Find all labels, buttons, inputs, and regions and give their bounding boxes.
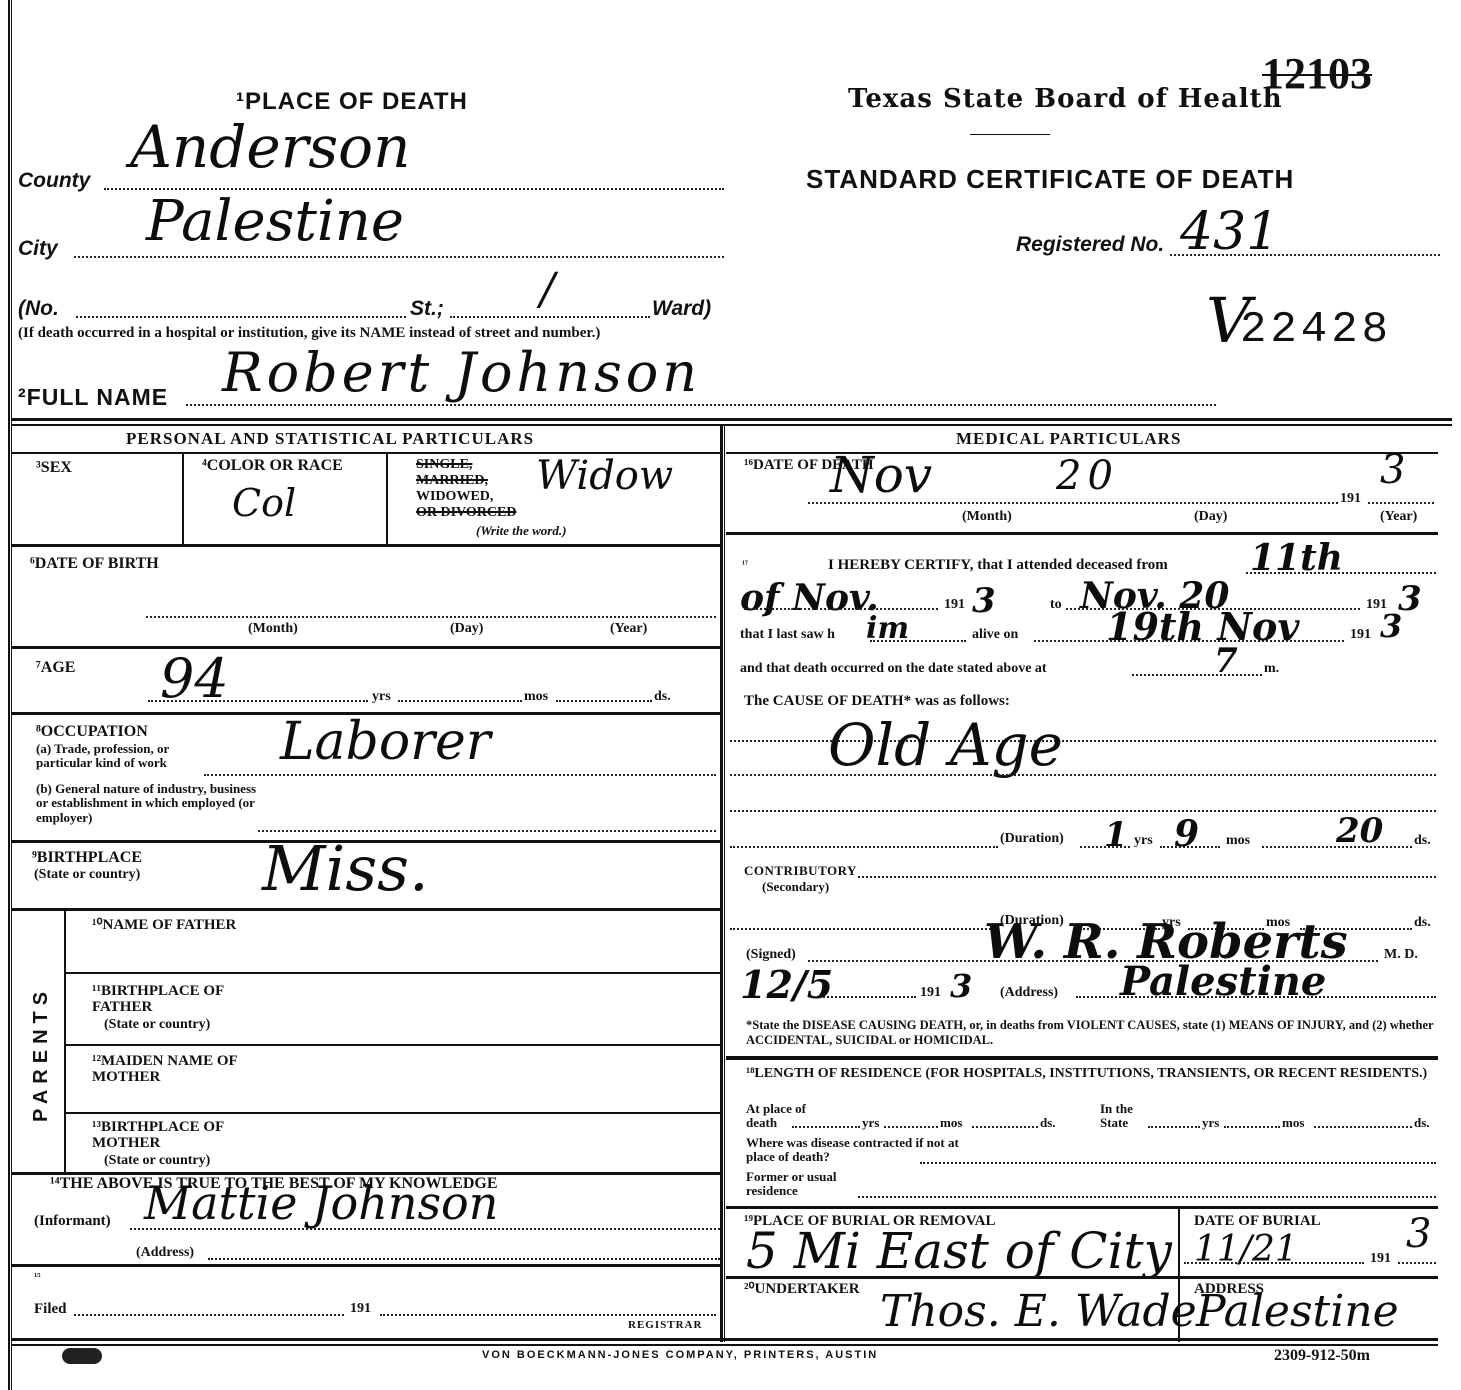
marital-note: (Write the word.) xyxy=(476,524,566,537)
age-label: ⁷AGE xyxy=(36,660,75,676)
alive-on-value: 19th Nov xyxy=(1106,608,1299,646)
residence-title: ¹⁸LENGTH OF RESIDENCE (FOR HOSPITALS, IN… xyxy=(746,1066,1438,1082)
duration-mos-value: 9 xyxy=(1174,816,1199,852)
street-label: St.; xyxy=(410,298,444,319)
residence-state-yrs-line xyxy=(1148,1126,1200,1128)
alive-on-year-prefix: 191 xyxy=(1350,628,1371,642)
dob-label: ⁶DATE OF BIRTH xyxy=(30,556,159,572)
parents-row-3-rule xyxy=(66,1112,720,1114)
undertaker-label: ²⁰UNDERTAKER xyxy=(744,1282,860,1297)
burial-date-year: 3 xyxy=(1406,1214,1431,1254)
contributory-label: CONTRIBUTORY xyxy=(744,864,857,877)
race-marital-divider xyxy=(386,452,388,544)
dod-month: Nov xyxy=(830,450,932,500)
parents-vertical-label: PARENTS xyxy=(30,986,53,1122)
age-ds-label: ds. xyxy=(654,690,671,704)
last-saw-line xyxy=(870,640,966,642)
center-divider-2 xyxy=(724,424,725,1342)
occupation-a-label: (a) Trade, profession, or particular kin… xyxy=(36,742,216,771)
attended-from-year: 3 xyxy=(972,584,996,618)
signed-year: 3 xyxy=(950,970,972,1002)
medical-row-1-rule xyxy=(726,532,1438,535)
full-name-value: Robert Johnson xyxy=(222,346,701,400)
birthplace-sub: (State or country) xyxy=(34,868,140,882)
contrib-duration-lead-line xyxy=(730,928,998,930)
duration-lead-line xyxy=(730,846,998,848)
residence-state-mos-line xyxy=(1224,1126,1280,1128)
personal-row-1-rule xyxy=(12,544,720,547)
city-value: Palestine xyxy=(146,194,404,250)
occupation-b-label: (b) General nature of industry, business… xyxy=(36,782,266,825)
residence-bottom-rule xyxy=(726,1206,1438,1209)
sex-race-divider xyxy=(182,452,184,544)
ward-value: / xyxy=(540,268,555,312)
filed-section-number: ¹⁵ xyxy=(34,1272,41,1283)
undertaker-value: Thos. E. Wade xyxy=(880,1290,1197,1334)
dod-line xyxy=(808,502,1338,504)
street-number-label: (No. xyxy=(18,298,59,319)
age-value: 94 xyxy=(160,652,229,706)
cause-label: The CAUSE OF DEATH* was as follows: xyxy=(744,694,1010,709)
hospital-note: (If death occurred in a hospital or inst… xyxy=(18,326,600,341)
registered-label: Registered No. xyxy=(1016,234,1164,255)
burial-date-value: 11/21 xyxy=(1194,1232,1298,1268)
father-birthplace-label: ¹¹BIRTHPLACE OF FATHER xyxy=(92,984,252,1016)
last-saw-text: that I last saw h xyxy=(740,628,835,642)
parents-divider xyxy=(64,910,66,1172)
marital-option-single: SINGLE, xyxy=(416,458,472,472)
age-ds-line xyxy=(556,700,652,702)
residence-place-mos-line xyxy=(884,1126,938,1128)
mother-birthplace-sub: (State or country) xyxy=(104,1154,210,1168)
residence-place-mos: mos xyxy=(940,1116,962,1129)
residence-state-yrs: yrs xyxy=(1202,1116,1219,1129)
certify-text: I HEREBY CERTIFY, that I attended deceas… xyxy=(828,558,1168,573)
age-yrs-label: yrs xyxy=(372,690,391,704)
marital-option-widowed: WIDOWED, xyxy=(416,490,493,504)
informant-bottom-rule xyxy=(12,1264,720,1267)
father-birthplace-sub: (State or country) xyxy=(104,1018,210,1032)
residence-disease-contracted-label: Where was disease contracted if not at p… xyxy=(746,1136,976,1165)
residence-state-ds-line xyxy=(1314,1126,1412,1128)
dob-month-caption: (Month) xyxy=(248,622,298,636)
informant-label: (Informant) xyxy=(34,1214,111,1229)
death-time-line xyxy=(1132,674,1262,676)
to-label: to xyxy=(1050,598,1062,612)
dob-line xyxy=(146,616,716,618)
marital-value: Widow xyxy=(536,456,673,496)
divider-top xyxy=(12,418,1452,421)
city-line xyxy=(74,256,724,258)
race-value: Col xyxy=(232,484,296,522)
signed-address-value: Palestine xyxy=(1120,962,1326,1002)
marital-option-married: MARRIED, xyxy=(416,474,488,488)
cause-footnote: *State the DISEASE CAUSING DEATH, or, in… xyxy=(746,1018,1438,1048)
signed-date: 12/5 xyxy=(740,966,833,1004)
title-ornament xyxy=(970,134,1050,135)
dod-day-caption: (Day) xyxy=(1194,510,1227,524)
medical-section-title: MEDICAL PARTICULARS xyxy=(956,430,1181,447)
stamp-number: 22428 xyxy=(1240,308,1392,352)
death-time-suffix: m. xyxy=(1264,662,1279,676)
cause-line-3 xyxy=(730,810,1436,812)
md-label: M. D. xyxy=(1384,948,1418,962)
burial-row-rule xyxy=(726,1276,1438,1279)
residence-place-ds: ds. xyxy=(1040,1116,1056,1129)
full-name-label: ²FULL NAME xyxy=(18,386,168,409)
dod-year-prefix: 191 xyxy=(1340,492,1361,506)
death-time-text: and that death occurred on the date stat… xyxy=(740,662,1047,676)
residence-place-yrs-line xyxy=(792,1126,860,1128)
residence-place-yrs: yrs xyxy=(862,1116,879,1129)
father-name-label: ¹⁰NAME OF FATHER xyxy=(92,918,236,933)
filed-year-prefix: 191 xyxy=(350,1302,371,1316)
registered-value: 431 xyxy=(1180,206,1279,258)
filed-label: Filed xyxy=(34,1302,67,1317)
dod-day: 20 xyxy=(1056,456,1119,496)
residence-former-line xyxy=(858,1196,1436,1198)
attended-from-month-line xyxy=(744,608,938,610)
signed-label: (Signed) xyxy=(746,948,796,962)
ward-label: Ward) xyxy=(652,298,711,319)
attended-from-year-prefix: 191 xyxy=(944,598,965,612)
occupation-label: ⁸OCCUPATION xyxy=(36,724,148,740)
place-of-death-title: ¹PLACE OF DEATH xyxy=(236,90,468,114)
filed-date-line xyxy=(74,1314,344,1316)
informant-address-label: (Address) xyxy=(136,1246,194,1260)
personal-section-title: PERSONAL AND STATISTICAL PARTICULARS xyxy=(126,430,534,447)
sex-label: ³SEX xyxy=(36,460,72,476)
personal-row-2-rule xyxy=(12,646,720,649)
burial-year-line xyxy=(1398,1262,1436,1264)
county-label: County xyxy=(18,170,90,191)
signed-address-label: (Address) xyxy=(1000,986,1058,1000)
dod-year-caption: (Year) xyxy=(1380,510,1417,524)
dod-month-caption: (Month) xyxy=(962,510,1012,524)
dod-year-line xyxy=(1368,502,1434,504)
contrib-ds-label: ds. xyxy=(1414,916,1431,930)
burial-date-label: DATE OF BURIAL xyxy=(1194,1214,1321,1229)
occupation-a-line xyxy=(204,774,716,776)
center-divider xyxy=(720,424,723,1342)
mother-maiden-label: ¹²MAIDEN NAME OF MOTHER xyxy=(92,1054,262,1086)
informant-address-line xyxy=(208,1258,720,1260)
residence-state-ds: ds. xyxy=(1414,1116,1430,1129)
street-line xyxy=(76,316,406,318)
duration-yrs-label: yrs xyxy=(1134,834,1153,848)
age-mos-label: mos xyxy=(524,690,548,704)
full-name-line xyxy=(186,404,1216,406)
burial-place-value: 5 Mi East of City xyxy=(746,1226,1172,1276)
medical-bottom-rule xyxy=(726,1056,1438,1060)
signed-date-line xyxy=(820,996,916,998)
residence-place-ds-line xyxy=(972,1126,1038,1128)
duration-ds-value: 20 xyxy=(1336,814,1383,848)
birthplace-label: ⁹BIRTHPLACE xyxy=(32,850,142,866)
attended-from-month: of Nov. xyxy=(740,580,879,616)
residence-state-mos: mos xyxy=(1282,1116,1304,1129)
duration-yrs-value: 1 xyxy=(1104,818,1128,852)
birthplace-value: Miss. xyxy=(262,838,429,900)
marital-option-divorced: OR DIVORCED xyxy=(416,506,516,520)
registrar-line xyxy=(380,1314,716,1316)
board-title: Texas State Board of Health xyxy=(848,86,1283,112)
signed-year-prefix: 191 xyxy=(920,986,941,1000)
cause-value: Old Age xyxy=(828,716,1063,774)
burial-date-year-prefix: 191 xyxy=(1370,1252,1391,1266)
race-label: ⁴COLOR OR RACE xyxy=(202,458,343,474)
left-border xyxy=(8,0,12,1390)
alive-on-label: alive on xyxy=(972,628,1018,642)
ward-line xyxy=(450,316,650,318)
age-mos-line xyxy=(398,700,522,702)
residence-disease-line xyxy=(920,1162,1436,1164)
duration-label: (Duration) xyxy=(1000,832,1064,846)
county-value: Anderson xyxy=(130,118,410,176)
attended-from-value: 11th xyxy=(1250,540,1343,576)
bottom-rule xyxy=(12,1338,1438,1341)
printer-credit: VON BOECKMANN-JONES COMPANY, PRINTERS, A… xyxy=(482,1350,878,1361)
duration-ds-label: ds. xyxy=(1414,834,1431,848)
divider-top-2 xyxy=(12,424,1452,426)
undertaker-address-value: Palestine xyxy=(1196,1290,1399,1334)
cause-line-2 xyxy=(730,774,1436,776)
alive-on-year: 3 xyxy=(1380,610,1402,642)
parents-row-1-rule xyxy=(66,972,720,974)
union-label-bug-icon xyxy=(62,1348,102,1364)
death-time-value: 7 xyxy=(1214,644,1238,678)
secondary-label: (Secondary) xyxy=(762,880,829,893)
duration-mos-label: mos xyxy=(1226,834,1250,848)
dob-day-caption: (Day) xyxy=(450,622,483,636)
personal-row-5-rule xyxy=(12,908,720,911)
mother-birthplace-label: ¹³BIRTHPLACE OF MOTHER xyxy=(92,1120,252,1152)
certificate-title: STANDARD CERTIFICATE OF DEATH xyxy=(806,166,1294,192)
registrar-label: REGISTRAR xyxy=(628,1320,702,1331)
form-code: 2309-912-50m xyxy=(1274,1348,1370,1364)
dob-year-caption: (Year) xyxy=(610,622,647,636)
certify-section-number: ¹⁷ xyxy=(742,560,748,570)
dod-year: 3 xyxy=(1380,450,1405,490)
informant-value: Mattie Johnson xyxy=(144,1180,498,1226)
bottom-rule-2 xyxy=(12,1344,1438,1346)
parents-row-2-rule xyxy=(66,1044,720,1046)
residence-former-label: Former or usual residence xyxy=(746,1170,866,1199)
contributory-line xyxy=(858,876,1436,878)
occupation-value: Laborer xyxy=(280,716,491,768)
age-yrs-line xyxy=(148,700,368,702)
city-label: City xyxy=(18,238,58,259)
